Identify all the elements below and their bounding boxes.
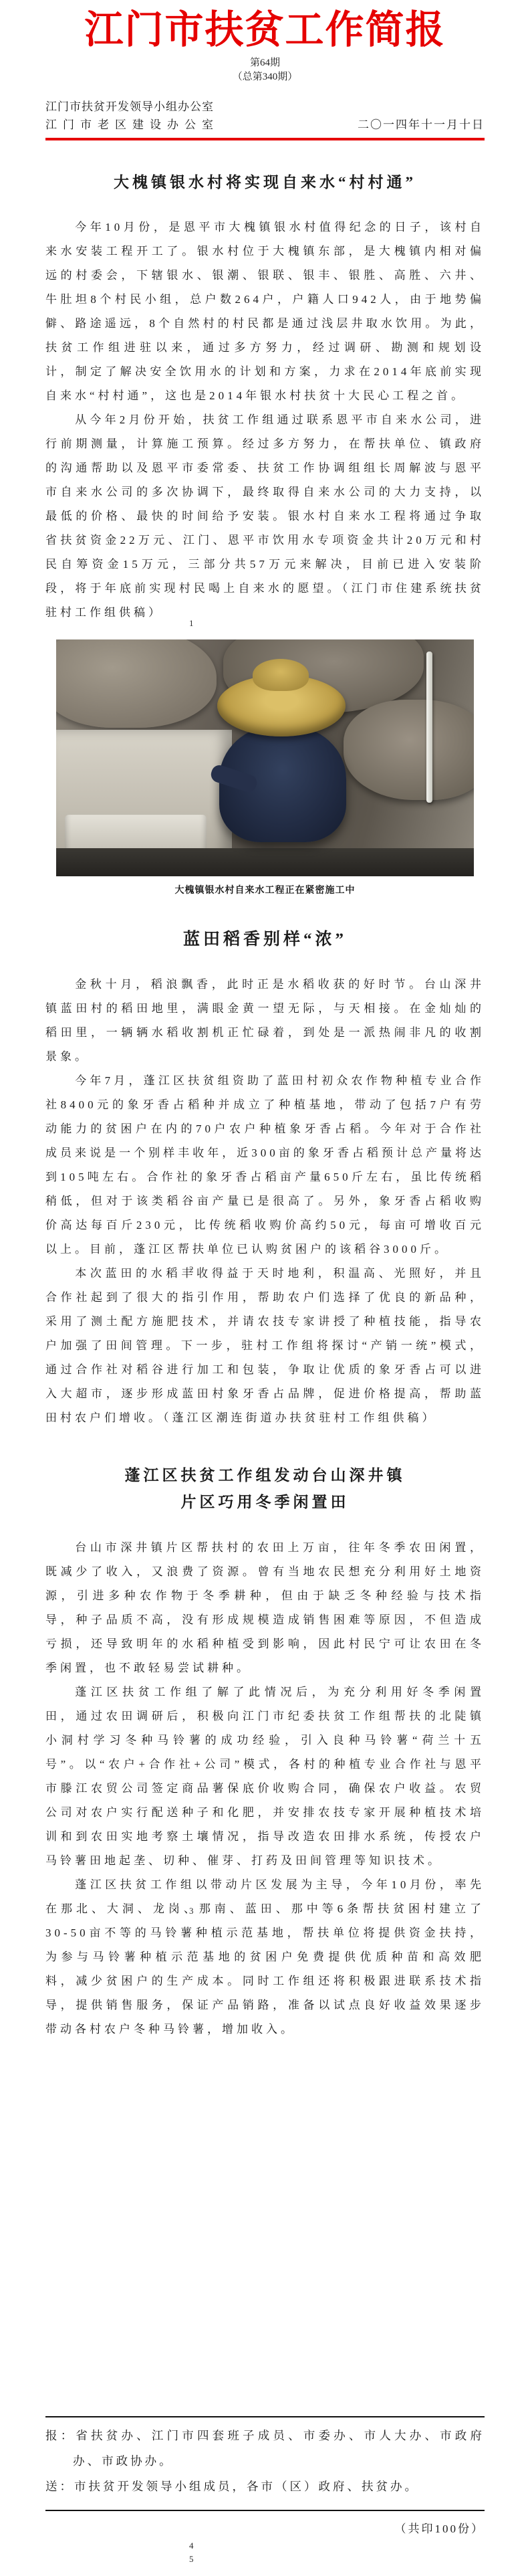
photo-water-pipe (426, 652, 432, 803)
photo-stone-wall-block (56, 639, 217, 728)
photo-ground (56, 848, 474, 876)
article1-photo (56, 639, 474, 876)
bulletin-title: 江门市扶贫工作简报 (45, 0, 485, 55)
page-number-5: 5 (189, 2554, 194, 2565)
article3-paragraph-1: 台山市深井镇片区帮扶村的农田上万亩，往年冬季农田闲置，既减少了收入，又浪费了资源… (45, 1536, 485, 1680)
photo-stone-wall-block (344, 700, 474, 800)
photo-caption: 大槐镇银水村自来水工程正在紧密施工中 (45, 883, 485, 896)
article3-paragraph-2: 蓬江区扶贫工作组了解了此情况后，为充分利用好冬季闲置田，通过农田调研后，积极向江… (45, 1680, 485, 1873)
article2-paragraph-3: 本次蓝田的水稻丰收得益于天时地利，积温高、光照好，并且合作社起到了很大的指引作用… (45, 1262, 485, 1430)
distribution-list: 报：省扶贫办、江门市四套班子成员、市委办、市人大办、市政府办、市政协办。 送：市… (45, 2417, 485, 2506)
page-number-2: 2 (189, 1264, 194, 1275)
report-to-line: 报：省扶贫办、江门市四套班子成员、市委办、市人大办、市政府办、市政协办。 (45, 2423, 485, 2474)
article3-title-line2: 片区巧用冬季闲置田 (45, 1489, 485, 1516)
article1-paragraph-2: 从今年2月份开始，扶贫工作组通过联系恩平市自来水公司，进行前期测量，计算施工预算… (45, 408, 485, 625)
distribution-footer: 报：省扶贫办、江门市四套班子成员、市委办、市人大办、市政府办、市政协办。 送：市… (45, 2416, 485, 2536)
page-number-1: 1 (189, 618, 194, 629)
page-number-4: 4 (189, 2541, 194, 2551)
publisher-orgs: 江门市扶贫开发领导小组办公室 江门市老区建设办公室 (45, 98, 219, 134)
article3-title: 蓬江区扶贫工作组发动台山深井镇 片区巧用冬季闲置田 (45, 1462, 485, 1516)
publisher-org-1: 江门市扶贫开发领导小组办公室 (45, 98, 219, 116)
publisher-row: 江门市扶贫开发领导小组办公室 江门市老区建设办公室 二〇一四年十一月十日 (45, 98, 485, 134)
article2-paragraph-2: 今年7月，蓬江区扶贫组资助了蓝田村初众农作物种植专业合作社8400元的象牙香占稻… (45, 1069, 485, 1262)
send-to-line: 送：市扶贫开发领导小组成员，各市（区）政府、扶贫办。 (45, 2474, 485, 2499)
article2-title: 蓝田稻香别样“浓” (45, 927, 485, 953)
article2-paragraph-1: 金秋十月，稻浪飘香，此时正是水稻收获的好时节。台山深井镇蓝田村的稻田地里，满眼金… (45, 973, 485, 1069)
footer-bottom-rule (45, 2510, 485, 2511)
issue-number: 第64期 (45, 56, 485, 70)
content-column: 江门市扶贫工作简报 第64期 （总第340期） 江门市扶贫开发领导小组办公室 江… (0, 0, 530, 2042)
masthead-red-rule (45, 138, 485, 140)
issue-total-number: （总第340期） (45, 70, 485, 84)
article3-paragraph-3: 蓬江区扶贫工作组以带动片区发展为主导，今年10月份，率先在那北、大洞、龙岗、那南… (45, 1873, 485, 2042)
publisher-org-2: 江门市老区建设办公室 (45, 116, 219, 134)
article1-paragraph-1: 今年10月份，是恩平市大槐镇银水村值得纪念的日子，该村自来水安装工程开工了。银水… (45, 215, 485, 408)
page-number-3: 3 (189, 1906, 194, 1916)
article1-title: 大槐镇银水村将实现自来水“村村通” (45, 170, 485, 195)
print-count: （共印100份） (45, 2519, 485, 2536)
bulletin-page: 江门市扶贫工作简报 第64期 （总第340期） 江门市扶贫开发领导小组办公室 江… (0, 0, 530, 2576)
photo-straw-hat-crown (253, 659, 309, 691)
publish-date: 二〇一四年十一月十日 (358, 116, 485, 134)
article3-title-line1: 蓬江区扶贫工作组发动台山深井镇 (45, 1462, 485, 1489)
